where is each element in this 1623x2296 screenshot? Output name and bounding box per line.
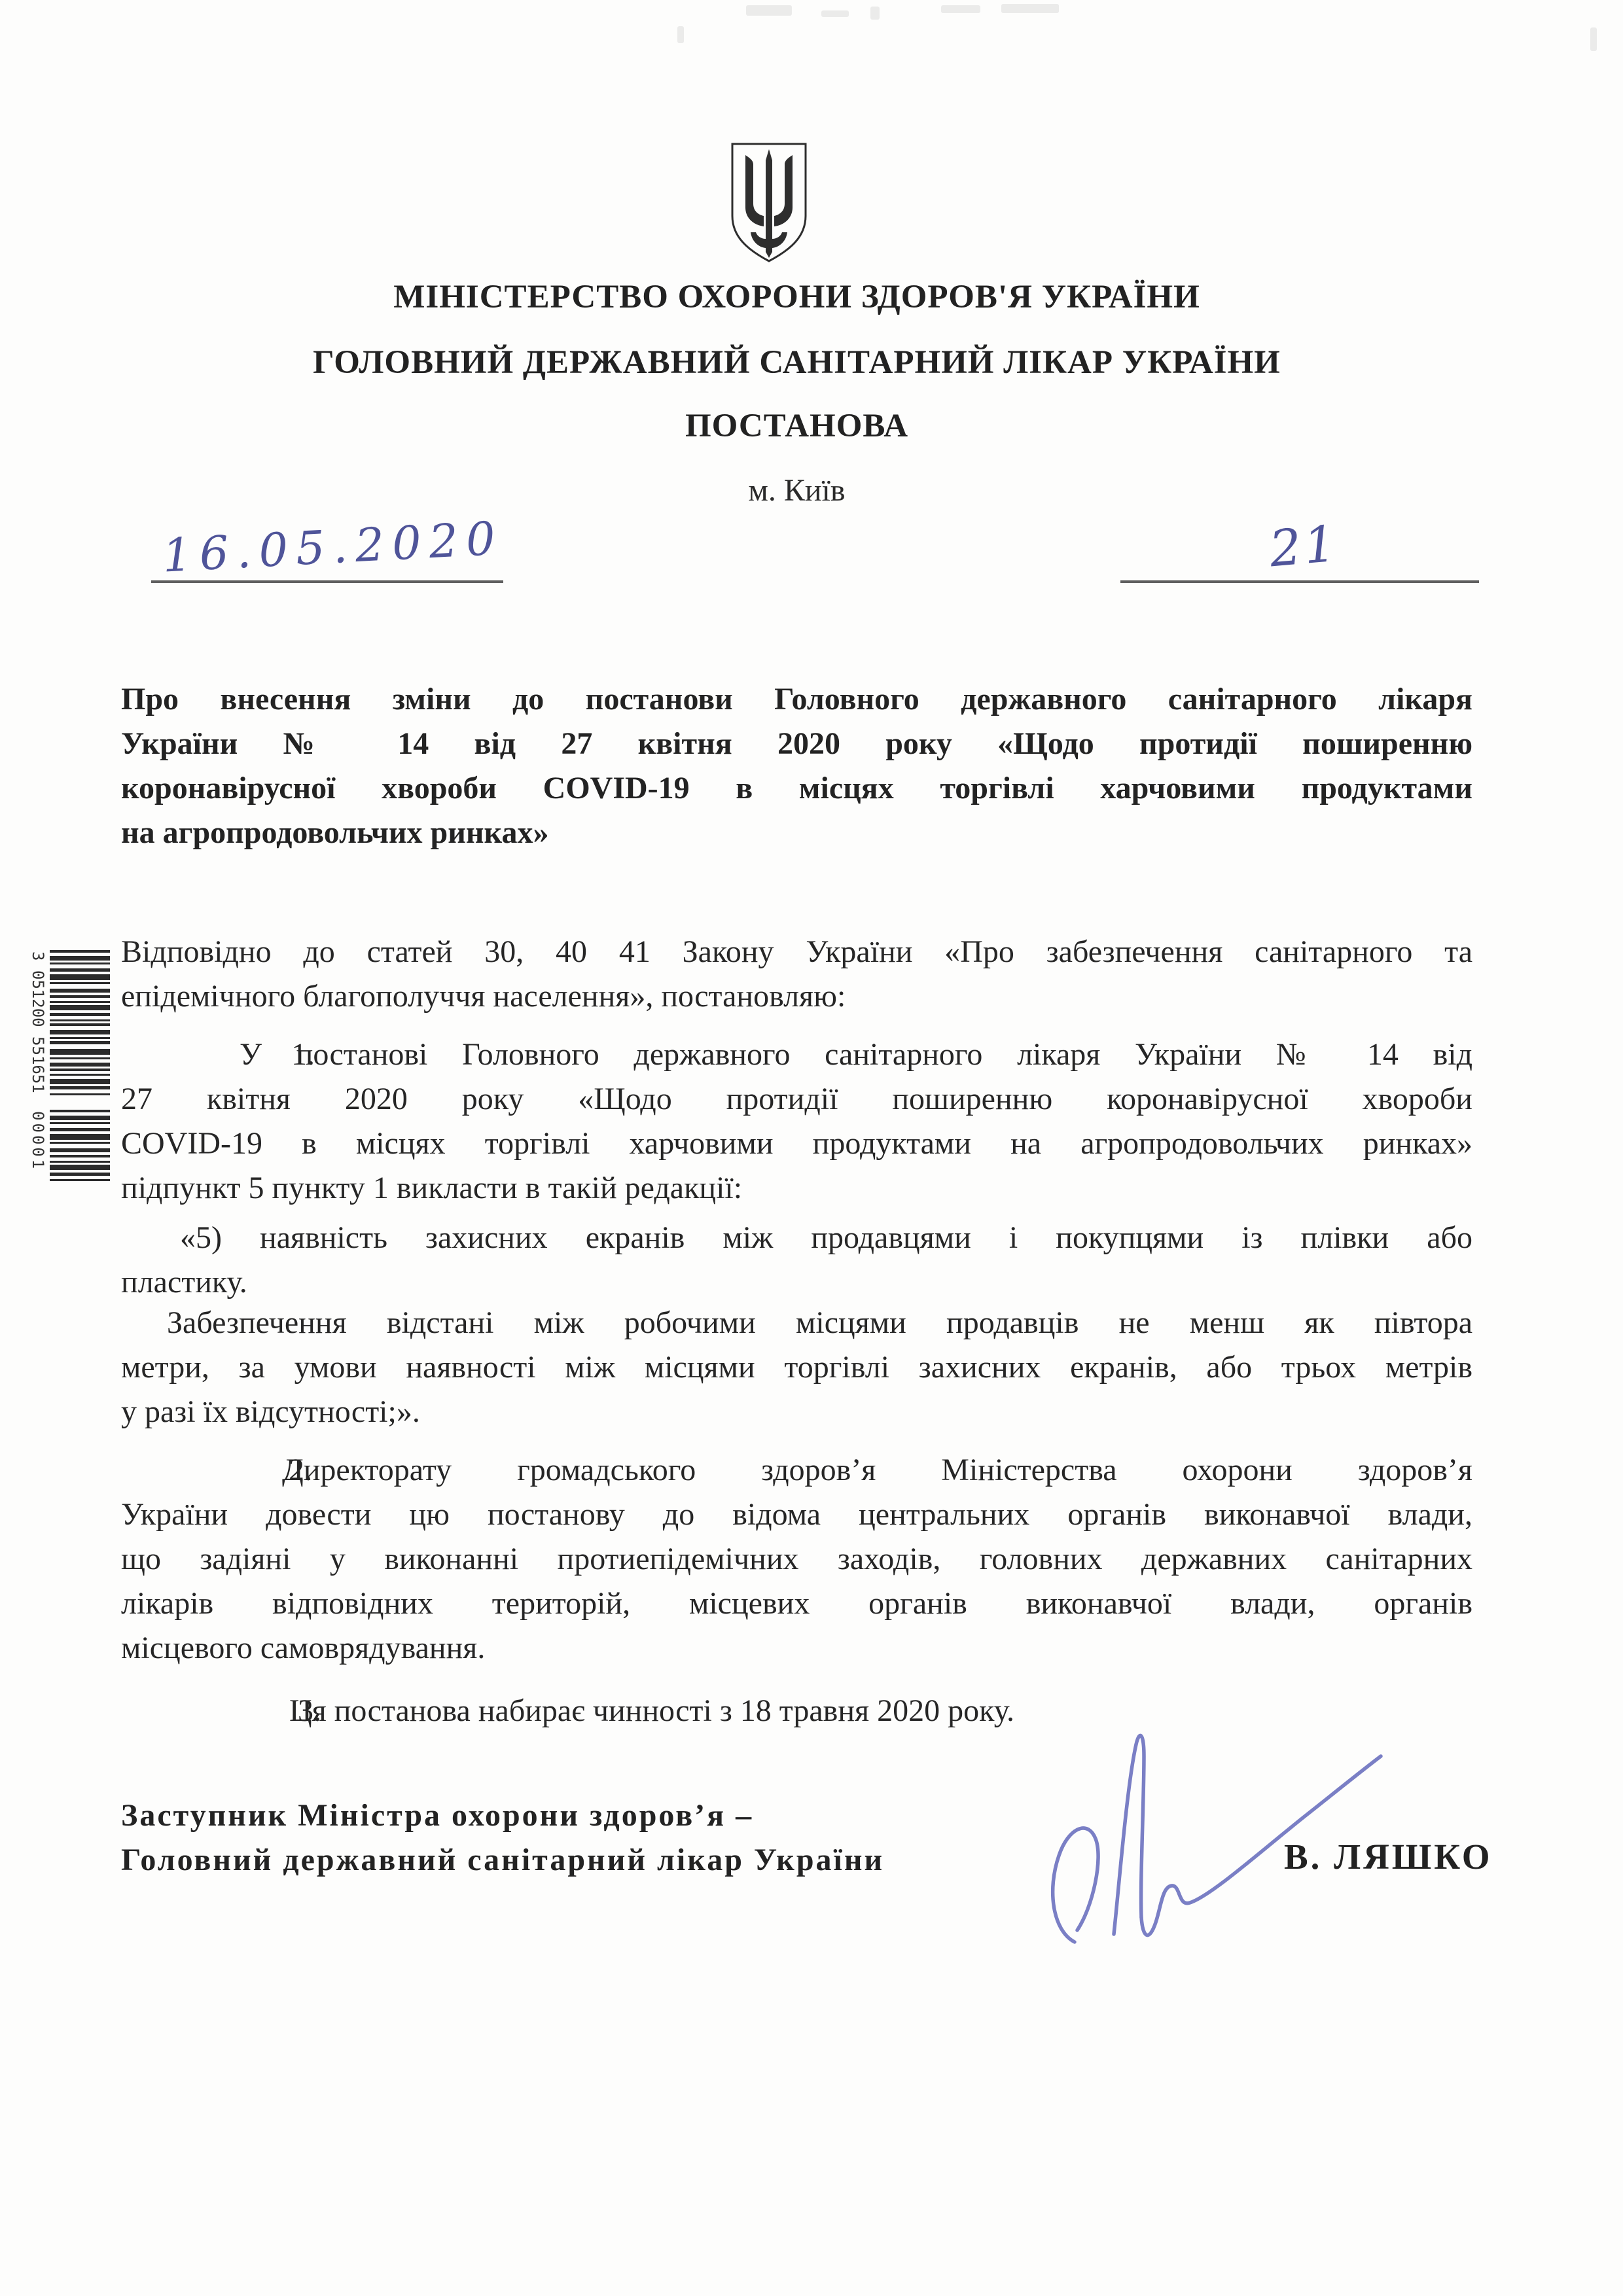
scan-artifact <box>677 26 684 43</box>
paragraph-subitem-5: «5) наявність захисних екранів між прода… <box>121 1216 1472 1305</box>
date-underline <box>151 580 503 583</box>
text-line: України довести цю постанову до відома ц… <box>121 1492 1472 1537</box>
city-label: м. Київ <box>121 472 1472 508</box>
signatory-name: В. ЛЯШКО <box>1284 1836 1493 1877</box>
scan-artifact <box>870 7 880 20</box>
text-line: пластику. <box>121 1260 1472 1305</box>
text-line: Відповідно до статей 30, 40 41 Закону Ук… <box>121 930 1472 974</box>
paragraph-2: 2.Директорату громадського здоров’я Міні… <box>121 1448 1472 1670</box>
paragraph-1: 1.У постанові Головного державного саніт… <box>121 1033 1472 1210</box>
scan-artifact <box>746 5 792 16</box>
handwritten-date: 16.05.2020 <box>161 511 504 582</box>
document-page: МІНІСТЕРСТВО ОХОРОНИ ЗДОРОВ'Я УКРАЇНИ ГО… <box>0 0 1623 2296</box>
text-line: у разі їх відсутності;». <box>121 1390 1472 1434</box>
barcode-number: 3 051200 551651 <box>29 951 47 1101</box>
paragraph-distance: Забезпечення відстані між робочими місця… <box>121 1301 1472 1434</box>
text-line: 1.У постанові Головного державного саніт… <box>121 1033 1472 1077</box>
text-line: Заступник Міністра охорони здоров’я – <box>121 1793 1103 1838</box>
text-line: Про внесення зміни до постанови Головног… <box>121 677 1472 722</box>
authority-name: ГОЛОВНИЙ ДЕРЖАВНИЙ САНІТАРНИЙ ЛІКАР УКРА… <box>121 344 1472 381</box>
text-line: Забезпечення відстані між робочими місця… <box>121 1301 1472 1345</box>
handwritten-number: 21 <box>1267 514 1340 578</box>
ministry-name: МІНІСТЕРСТВО ОХОРОНИ ЗДОРОВ'Я УКРАЇНИ <box>121 278 1472 316</box>
text-line: коронавірусної хвороби COVID-19 в місцях… <box>121 766 1472 811</box>
text-line: місцевого самоврядування. <box>121 1626 1472 1670</box>
resolution-title: Про внесення зміни до постанови Головног… <box>121 677 1472 855</box>
document-type-title: ПОСТАНОВА <box>121 407 1472 445</box>
text-line: що задіяні у виконанні протиепідемічних … <box>121 1537 1472 1581</box>
text-line: на агропродовольчих ринках» <box>121 811 1472 855</box>
text-line: 2.Директорату громадського здоров’я Міні… <box>121 1448 1472 1492</box>
text-line: епідемічного благополуччя населення», по… <box>121 974 1472 1019</box>
barcode-addon-number: 00001 <box>29 1111 47 1186</box>
text-line: «5) наявність захисних екранів між прода… <box>121 1216 1472 1260</box>
text-line: підпункт 5 пункту 1 викласти в такій ред… <box>121 1166 1472 1210</box>
paragraph-intro: Відповідно до статей 30, 40 41 Закону Ук… <box>121 930 1472 1019</box>
registration-barcode: 3 051200 551651 00001 <box>24 950 115 1199</box>
text-line: метри, за умови наявності між місцями то… <box>121 1345 1472 1390</box>
scan-artifact <box>1001 4 1059 13</box>
paragraph-number: 3. <box>209 1689 289 1733</box>
scan-artifact <box>941 5 980 13</box>
scan-artifact <box>1590 27 1597 51</box>
text-line: лікарів відповідних територій, місцевих … <box>121 1581 1472 1626</box>
scan-artifact <box>821 10 849 17</box>
number-underline <box>1120 580 1479 583</box>
ukraine-trident-emblem <box>728 141 810 265</box>
signatory-position: Заступник Міністра охорони здоров’я –Гол… <box>121 1793 1103 1882</box>
text-line: Головний державний санітарний лікар Укра… <box>121 1838 1103 1882</box>
text-line: 27 квітня 2020 року «Щодо протидії пошир… <box>121 1077 1472 1122</box>
paragraph-number: 2. <box>205 1448 282 1492</box>
paragraph-number: 1. <box>206 1033 240 1077</box>
text-line: України № 14 від 27 квітня 2020 року «Що… <box>121 722 1472 766</box>
text-line: COVID-19 в місцях торгівлі харчовими про… <box>121 1122 1472 1166</box>
